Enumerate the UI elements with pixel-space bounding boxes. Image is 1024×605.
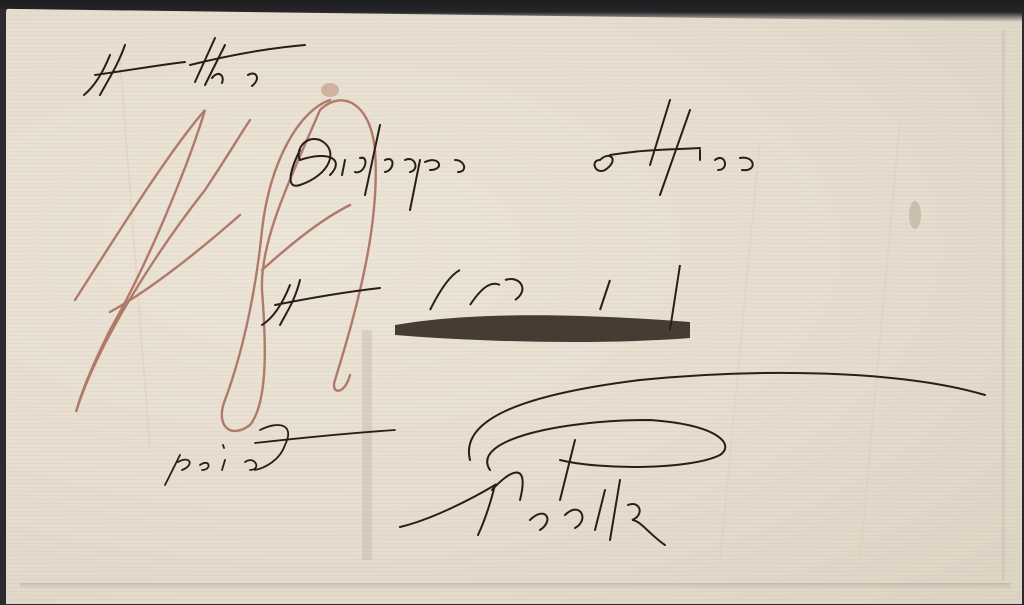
handwriting-layer [0,0,1024,605]
